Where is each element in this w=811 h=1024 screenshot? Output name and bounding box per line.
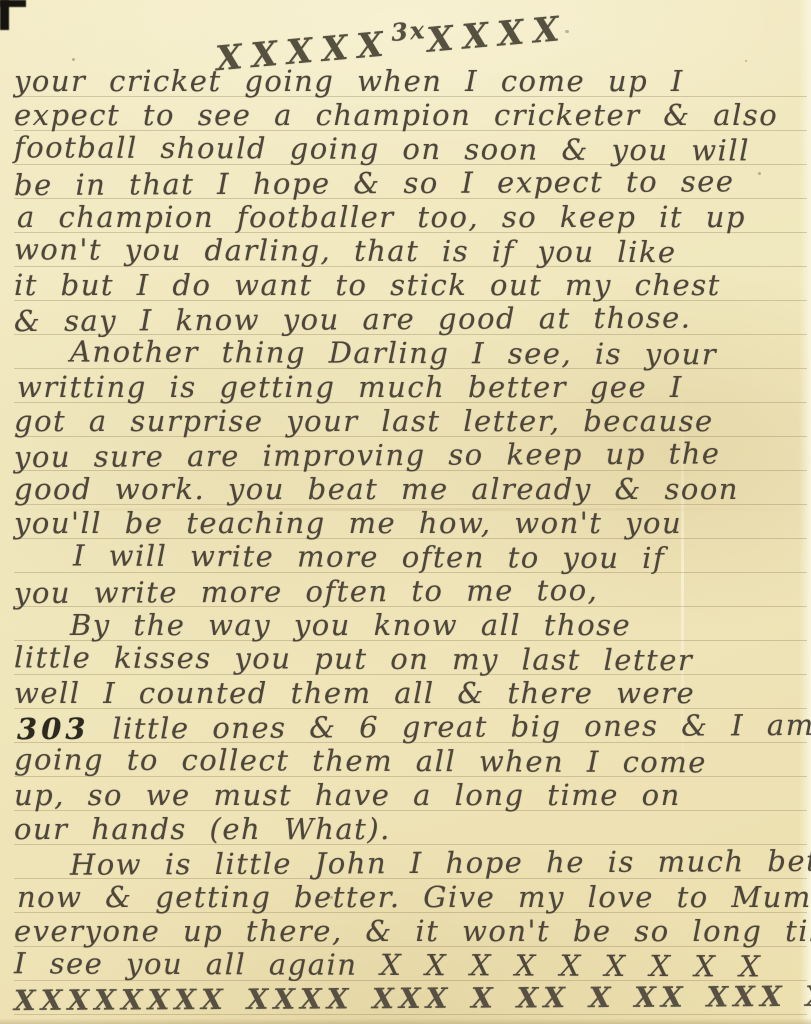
letter-line: I will write more often to you if (17, 538, 807, 575)
kisses-superscript: 3x (390, 15, 427, 47)
paper-speck (745, 60, 747, 62)
letter-line-text: expect to see a champion cricketer & als… (14, 98, 778, 132)
letter-line: little kisses you put on my last letter (14, 640, 807, 677)
letter-line-text: & say I know you are good at those. (14, 301, 692, 339)
letter-line-text: going to collect them all when I come (14, 742, 707, 779)
letter-line-text: football should going on soon & you will (14, 130, 750, 167)
letter-line-text: well I counted them all & there were (14, 676, 695, 710)
letter-line: you write more often to me too, (14, 572, 807, 610)
letter-line: your cricket going when I come up I (14, 64, 807, 98)
letter-line-text: Another thing Darling I see, is your (70, 335, 717, 372)
letter-line: Another thing Darling I see, is your (14, 334, 807, 371)
letter-line-text: you write more often to me too, (14, 573, 599, 610)
letter-line: now & getting better. Give my love to Mu… (17, 880, 807, 914)
letter-line: a champion footballer too, so keep it up (17, 200, 807, 234)
letter-line-lead: 303 (17, 712, 90, 746)
letter-line-text: writting is getting much better gee I (17, 370, 683, 404)
letter-line: it but I do want to stick out my chest (14, 268, 807, 302)
letter-line: up, so we must have a long time on (14, 778, 807, 812)
letter-line: be in that I hope & so I expect to see (14, 164, 807, 202)
letter-body: your cricket going when I come up I expe… (14, 64, 807, 1024)
letter-line: you'll be teaching me how, won't you (14, 506, 807, 540)
letter-line: everyone up there, & it won't be so long… (14, 914, 807, 948)
letter-line-text: got a surprise your last letter, because (14, 404, 714, 438)
letter-line-text: little kisses you put on my last letter (14, 640, 693, 677)
letter-line-text: a champion footballer too, so keep it up (17, 200, 746, 234)
paper-speck (72, 58, 75, 61)
letter-line-text: now & getting better. Give my love to Mu… (17, 880, 811, 914)
letter-line-text: By the way you know all those (70, 608, 631, 642)
letter-line: writting is getting much better gee I (17, 370, 807, 404)
letter-line-text: I see you all again X X X X X X X X X (14, 946, 761, 983)
letter-line-text: you'll be teaching me how, won't you (14, 506, 682, 540)
letter-line-text: good work. you beat me already & soon (14, 472, 739, 506)
letter-line-text: little ones & 6 great big ones & I am (89, 708, 811, 746)
letter-line-text: your cricket going when I come up I (14, 64, 684, 98)
letter-line-text: you sure are improving so keep up the (14, 436, 721, 474)
letter-line-text: won't you darling, that is if you like (14, 232, 677, 269)
letter-line: won't you darling, that is if you like (14, 232, 807, 269)
letter-line: By the way you know all those (14, 608, 807, 642)
letter-line: & say I know you are good at those. (14, 300, 807, 338)
letter-line-text: everyone up there, & it won't be so long… (14, 914, 811, 948)
letter-line: 303 little ones & 6 great big ones & I a… (17, 708, 807, 746)
letter-line: good work. you beat me already & soon (14, 472, 807, 506)
scan-corner-mark (0, 0, 26, 7)
letter-line-text: our hands (eh What). (14, 812, 391, 846)
kisses-right: XXXX (425, 9, 569, 61)
letter-line: expect to see a champion cricketer & als… (14, 98, 807, 132)
letter-line-text: up, so we must have a long time on (14, 778, 681, 812)
letter-line: our hands (eh What). (14, 812, 807, 846)
letter-line: football should going on soon & you will (14, 130, 807, 167)
letter-line: got a surprise your last letter, because (14, 404, 807, 438)
letter-page: XXXXX3xXXXX your cricket going when I co… (0, 0, 811, 1024)
letter-line-text: How is little John I hope he is much bet… (70, 844, 811, 882)
letter-line: well I counted them all & there were (14, 676, 807, 710)
letter-line: How is little John I hope he is much bet… (14, 844, 807, 882)
letter-line-text: I will write more often to you if (73, 539, 665, 576)
letter-line: I see you all again X X X X X X X X X (14, 946, 807, 983)
letter-line: you sure are improving so keep up the (14, 436, 807, 474)
letter-line-text: it but I do want to stick out my chest (14, 268, 721, 302)
letter-line-text: be in that I hope & so I expect to see (14, 164, 735, 202)
letter-line: going to collect them all when I come (14, 742, 807, 779)
letter-line-text: XXXXXXXX XXXX XXX X XX X XX XXX XX XXXX … (14, 978, 811, 1017)
letter-line: XXXXXXXX XXXX XXX X XX X XX XXX XX XXXX … (14, 980, 807, 1018)
